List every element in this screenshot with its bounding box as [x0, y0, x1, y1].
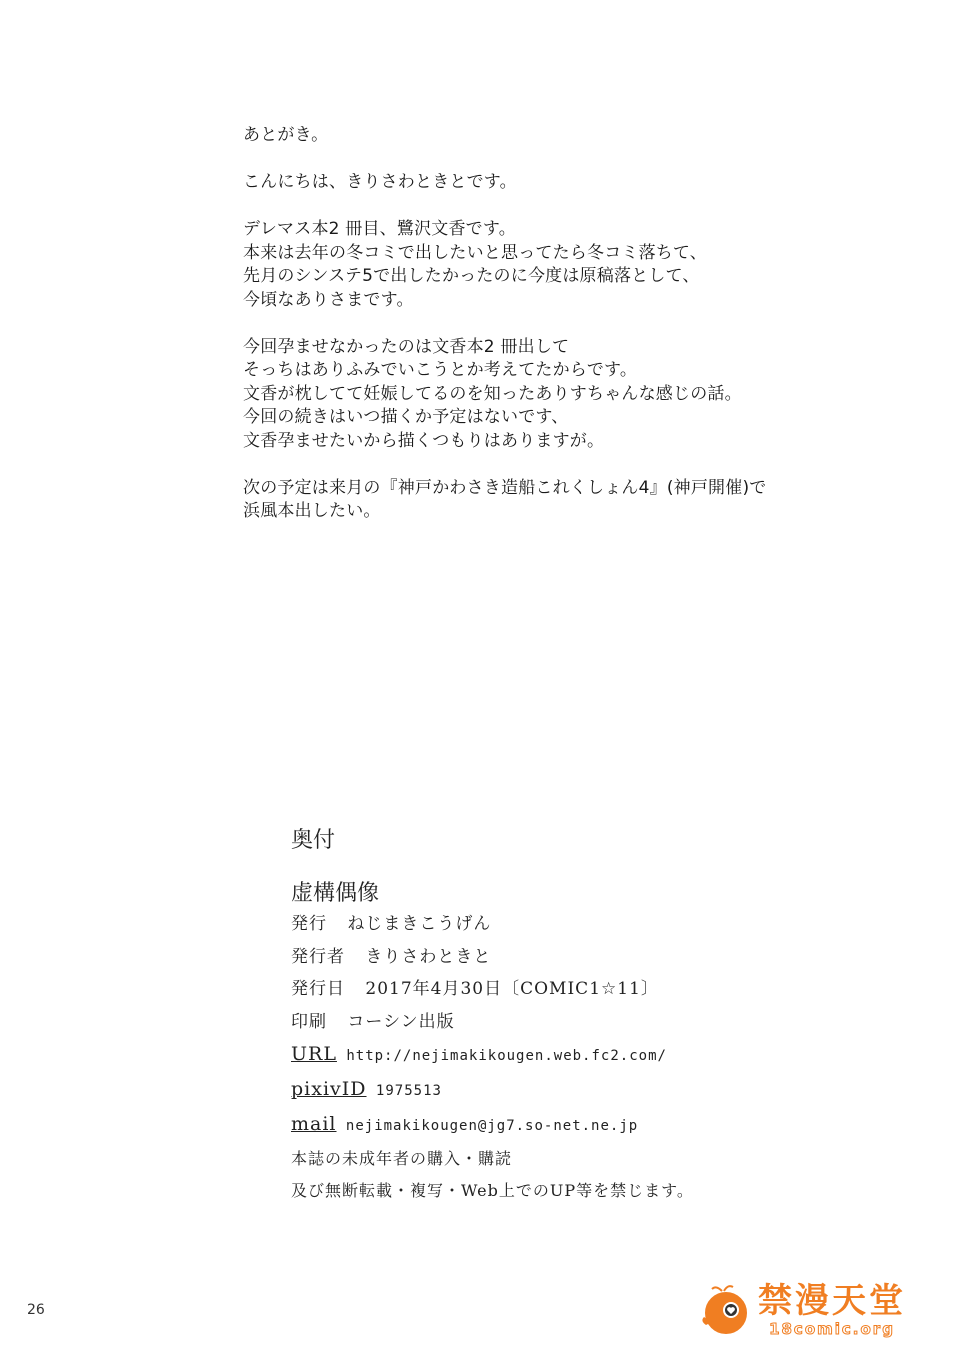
issuer-row: 発行者 きりさわときと — [291, 941, 694, 974]
mail-value: nejimakikougen@jg7.so-net.ne.jp — [346, 1118, 638, 1134]
printer-label: 印刷 — [291, 1006, 327, 1039]
pixiv-value: 1975513 — [376, 1083, 442, 1099]
mail-row: mail nejimakikougen@jg7.so-net.ne.jp — [291, 1108, 694, 1143]
page-number: 26 — [27, 1302, 45, 1318]
blank-line — [243, 453, 863, 477]
watermark-subtitle: 18comic.org — [769, 1320, 895, 1338]
afterword-line: 今回の続きはいつ描くか予定はないです、 — [243, 406, 863, 430]
issue-date-row: 発行日 2017年4月30日〔COMIC1☆11〕 — [291, 973, 694, 1006]
printer-value: コーシン出版 — [347, 1012, 454, 1032]
afterword-line: 今回孕ませなかったのは文香本2 冊出して — [243, 336, 863, 360]
afterword: あとがき。 こんにちは、きりさわときとです。 デレマス本2 冊目、鷺沢文香です。… — [243, 124, 863, 524]
issue-date-value: 2017年4月30日〔COMIC1☆11〕 — [365, 979, 658, 999]
publisher-value: ねじまきこうげん — [347, 914, 491, 934]
issue-date-label: 発行日 — [291, 973, 345, 1006]
issuer-value: きりさわときと — [365, 947, 491, 967]
publisher-label: 発行 — [291, 908, 327, 941]
notice-line: 及び無断転載・複写・Web上でのUP等を禁じます。 — [291, 1175, 694, 1207]
afterword-line: 浜風本出したい。 — [243, 500, 863, 524]
afterword-line: デレマス本2 冊目、鷺沢文香です。 — [243, 218, 863, 242]
printer-row: 印刷 コーシン出版 — [291, 1006, 694, 1039]
url-value: http://nejimakikougen.web.fc2.com/ — [346, 1048, 667, 1064]
url-label: URL — [291, 1043, 341, 1065]
colophon-heading: 奥付 — [291, 826, 694, 856]
url-row: URL http://nejimakikougen.web.fc2.com/ — [291, 1038, 694, 1073]
book-title: 虚構偶像 — [291, 880, 694, 908]
watermark-title: 禁漫天堂 — [758, 1282, 906, 1320]
blank-line — [243, 195, 863, 219]
notice-line: 本誌の未成年者の購入・購読 — [291, 1143, 694, 1175]
whale-heart-logo-icon — [698, 1283, 752, 1337]
afterword-line: そっちはありふみでいこうとか考えてたからです。 — [243, 359, 863, 383]
afterword-line: あとがき。 — [243, 124, 863, 148]
mail-label: mail — [291, 1113, 341, 1135]
pixiv-label: pixivID — [291, 1078, 371, 1100]
blank-line — [243, 312, 863, 336]
afterword-line: こんにちは、きりさわときとです。 — [243, 171, 863, 195]
issuer-label: 発行者 — [291, 941, 345, 974]
publisher-row: 発行 ねじまきこうげん — [291, 908, 694, 941]
blank-line — [243, 148, 863, 172]
watermark: 禁漫天堂 18comic.org — [698, 1282, 906, 1338]
afterword-line: 本来は去年の冬コミで出したいと思ってたら冬コミ落ちて、 — [243, 242, 863, 266]
pixiv-row: pixivID 1975513 — [291, 1073, 694, 1108]
afterword-line: 文香孕ませたいから描くつもりはありますが。 — [243, 430, 863, 454]
afterword-line: 文香が枕してて妊娠してるのを知ったありすちゃんな感じの話。 — [243, 383, 863, 407]
colophon: 奥付 虚構偶像 発行 ねじまきこうげん 発行者 きりさわときと 発行日 2017… — [291, 826, 694, 1207]
afterword-line: 次の予定は来月の『神戸かわさき造船これくしょん4』(神戸開催)で — [243, 477, 863, 501]
afterword-line: 今頃なありさまです。 — [243, 289, 863, 313]
watermark-text: 禁漫天堂 18comic.org — [758, 1282, 906, 1338]
afterword-line: 先月のシンステ5で出したかったのに今度は原稿落として、 — [243, 265, 863, 289]
